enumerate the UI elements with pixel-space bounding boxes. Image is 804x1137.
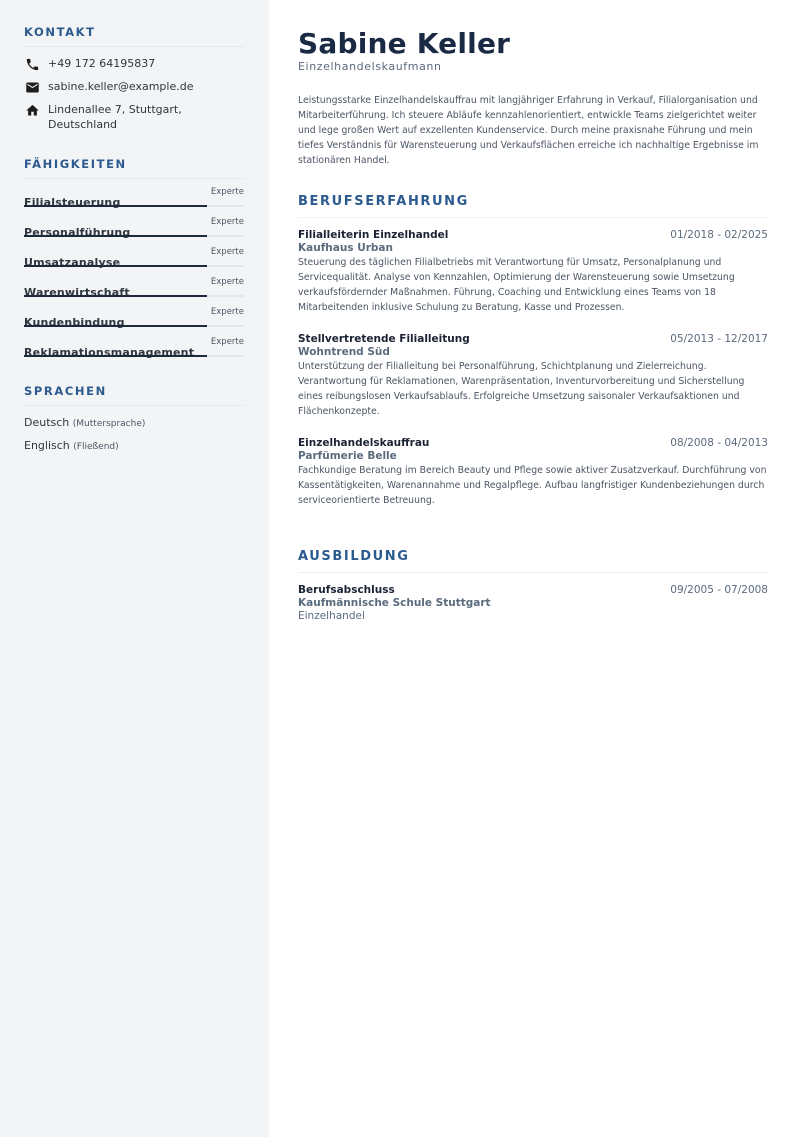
skill-level: Experte [211,217,244,227]
phone-icon [24,56,40,72]
language-level: (Muttersprache) [73,419,146,429]
skill-item: PersonalführungExperte [24,209,244,239]
sidebar: KONTAKT +49 172 64195837 sabine.keller@e… [0,0,269,1137]
languages-section: SPRACHEN Deutsch (Muttersprache) Englisc… [24,384,245,455]
skill-bar-fill [24,235,207,237]
experience-list: Filialleiterin Einzelhandel01/2018 - 02/… [298,229,768,508]
experience-heading: BERUFSERFAHRUNG [298,194,768,218]
experience-description: Fachkundige Beratung im Bereich Beauty u… [298,463,768,508]
home-icon [24,102,40,118]
language-name: Deutsch [24,416,69,429]
experience-company: Parfümerie Belle [298,450,768,462]
skill-bar-fill [24,355,207,357]
education-field: Einzelhandel [298,610,768,622]
skill-level: Experte [211,187,244,197]
skills-heading: FÄHIGKEITEN [24,157,244,179]
skill-level: Experte [211,307,244,317]
skills-section: FÄHIGKEITEN FilialsteuerungExpertePerson… [24,157,245,359]
education-degree: Berufsabschluss [298,584,395,596]
skill-bar-fill [24,265,207,267]
main-content: Sabine Keller Einzelhandelskaufmann Leis… [269,0,804,1137]
skill-item: UmsatzanalyseExperte [24,239,244,269]
experience-entry: Filialleiterin Einzelhandel01/2018 - 02/… [298,229,768,315]
profile-summary: Leistungsstarke Einzelhandelskauffrau mi… [298,93,770,168]
education-date: 09/2005 - 07/2008 [670,584,768,596]
skill-bar [24,265,244,267]
language-item: Deutsch (Muttersprache) [24,415,245,432]
skill-level: Experte [211,277,244,287]
skill-level: Experte [211,247,244,257]
contact-phone: +49 172 64195837 [24,56,245,72]
language-item: Englisch (Fließend) [24,438,245,455]
skills-list: FilialsteuerungExpertePersonalführungExp… [24,179,245,359]
skill-bar [24,325,244,327]
skill-bar [24,235,244,237]
experience-role: Filialleiterin Einzelhandel [298,229,448,241]
education-section: AUSBILDUNG Berufsabschluss 09/2005 - 07/… [298,549,768,622]
contact-email-text[interactable]: sabine.keller@example.de [48,79,194,94]
language-level: (Fließend) [73,442,118,452]
experience-description: Steuerung des täglichen Filialbetriebs m… [298,255,768,315]
experience-date: 01/2018 - 02/2025 [670,229,768,241]
contact-section: KONTAKT +49 172 64195837 sabine.keller@e… [24,25,245,132]
skill-item: WarenwirtschaftExperte [24,269,244,299]
mail-icon [24,79,40,95]
education-school: Kaufmännische Schule Stuttgart [298,597,768,609]
experience-role: Stellvertretende Filialleitung [298,333,470,345]
skill-bar [24,205,244,207]
experience-company: Kaufhaus Urban [298,242,768,254]
experience-description: Unterstützung der Filialleitung bei Pers… [298,359,768,419]
experience-role: Einzelhandelskauffrau [298,437,429,449]
contact-address-text: Lindenallee 7, Stuttgart, Deutschland [48,102,188,132]
contact-phone-text[interactable]: +49 172 64195837 [48,56,155,71]
experience-date: 05/2013 - 12/2017 [670,333,768,345]
experience-company: Wohntrend Süd [298,346,768,358]
language-name: Englisch [24,439,70,452]
contact-email: sabine.keller@example.de [24,79,245,95]
contact-heading: KONTAKT [24,25,244,47]
skill-item: KundenbindungExperte [24,299,244,329]
contact-address: Lindenallee 7, Stuttgart, Deutschland [24,102,245,132]
skill-item: ReklamationsmanagementExperte [24,329,244,359]
skill-item: FilialsteuerungExperte [24,179,244,209]
skill-bar-fill [24,325,207,327]
education-heading: AUSBILDUNG [298,549,768,573]
skill-level: Experte [211,337,244,347]
person-name: Sabine Keller [298,28,768,60]
job-title: Einzelhandelskaufmann [298,60,768,73]
experience-entry: Stellvertretende Filialleitung05/2013 - … [298,333,768,419]
skill-bar [24,295,244,297]
education-entry: Berufsabschluss 09/2005 - 07/2008 Kaufmä… [298,584,768,622]
skill-name: Reklamationsmanagement [24,337,194,369]
experience-entry: Einzelhandelskauffrau08/2008 - 04/2013Pa… [298,437,768,508]
experience-section: BERUFSERFAHRUNG Filialleiterin Einzelhan… [298,194,768,508]
skill-bar-fill [24,205,207,207]
languages-heading: SPRACHEN [24,384,244,406]
skill-bar [24,355,244,357]
skill-bar-fill [24,295,207,297]
experience-date: 08/2008 - 04/2013 [670,437,768,449]
resume-header: Sabine Keller Einzelhandelskaufmann Leis… [298,28,768,168]
